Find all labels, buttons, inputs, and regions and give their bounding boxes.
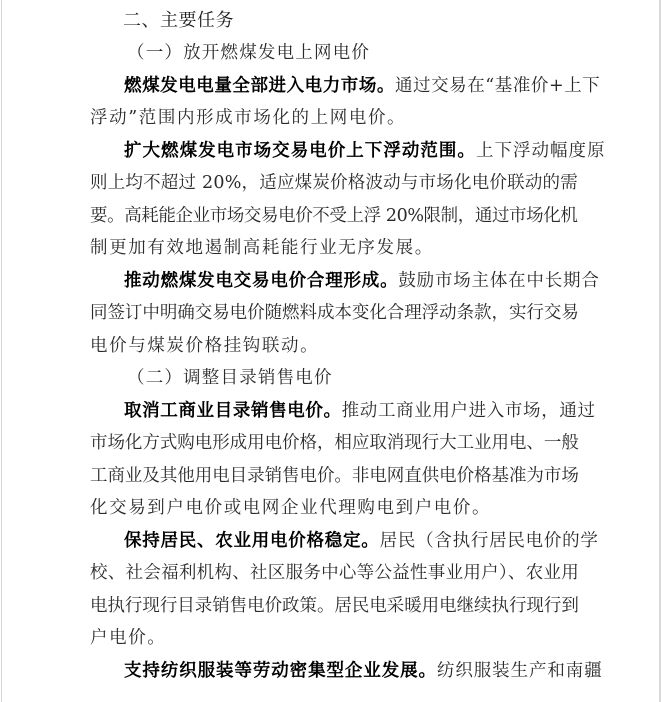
paragraph-line: 户电价。 [90, 626, 166, 650]
paragraph-line: 要。高耗能企业市场交易电价不受上浮 20%限制，通过市场化机 [90, 204, 577, 228]
paragraph-line: 推动燃煤发电交易电价合理形成。鼓励市场主体在中长期合 [124, 269, 600, 293]
section-heading: 二、主要任务 [123, 9, 234, 33]
paragraph-line: 扩大燃煤发电市场交易电价上下浮动范围。上下浮动幅度原 [124, 139, 606, 163]
paragraph-text: 上下浮动幅度原 [476, 141, 606, 161]
paragraph-line: 电价与煤炭价格挂钩联动。 [90, 334, 319, 358]
paragraph-line: 校、社会福利机构、社区服务中心等公益性事业用户）、农业用 [90, 561, 579, 585]
paragraph-line: 燃煤发电电量全部进入电力市场。通过交易在“基准价+上下 [124, 74, 600, 98]
paragraph-line: 同签订中明确交易电价随燃料成本变化合理浮动条款，实行交易 [90, 301, 579, 325]
paragraph-lead: 支持纺织服装等劳动密集型企业发展。 [124, 661, 437, 681]
paragraph-text: 纺织服装生产和南疆 [437, 661, 603, 681]
paragraph-line: 支持纺织服装等劳动密集型企业发展。纺织服装生产和南疆 [124, 659, 603, 683]
paragraph-lead: 扩大燃煤发电市场交易电价上下浮动范围。 [124, 141, 476, 161]
paragraph-line: 工商业及其他用电目录销售电价。非电网直供电价格基准为市场 [90, 464, 579, 488]
subsection-heading-2: （二）调整目录销售电价 [127, 366, 333, 390]
paragraph-line: 电执行现行目录销售电价政策。居民电采暖用电继续执行现行到 [90, 594, 579, 618]
paragraph-line: 取消工商业目录销售电价。推动工商业用户进入市场，通过 [124, 399, 596, 423]
paragraph-line: 化交易到户电价或电网企业代理购电到户电价。 [90, 496, 491, 520]
document-page: 二、主要任务 （一）放开燃煤发电上网电价 燃煤发电电量全部进入电力市场。通过交易… [1, 0, 661, 702]
paragraph-lead: 燃煤发电电量全部进入电力市场。 [124, 76, 395, 96]
paragraph-lead: 推动燃煤发电交易电价合理形成。 [124, 271, 398, 291]
paragraph-line: 制更加有效地遏制高耗能行业无序发展。 [90, 236, 434, 260]
paragraph-line: 浮动”范围内形成市场化的上网电价。 [90, 106, 406, 130]
paragraph-lead: 保持居民、农业用电价格稳定。 [124, 531, 380, 551]
paragraph-lead: 取消工商业目录销售电价。 [124, 401, 342, 421]
paragraph-text: 居民（含执行居民电价的学 [380, 531, 599, 551]
paragraph-line: 市场化方式购电形成用电价格，相应取消现行大工业用电、一般 [90, 431, 579, 455]
paragraph-line: 保持居民、农业用电价格稳定。居民（含执行居民电价的学 [124, 529, 599, 553]
paragraph-text: 通过交易在“基准价+上下 [395, 76, 600, 96]
paragraph-text: 鼓励市场主体在中长期合 [398, 271, 599, 291]
subsection-heading-1: （一）放开燃煤发电上网电价 [127, 41, 370, 65]
paragraph-text: 推动工商业用户进入市场，通过 [342, 401, 596, 421]
paragraph-line: 则上均不超过 20%，适应煤炭价格波动与市场化电价联动的需 [90, 171, 578, 195]
